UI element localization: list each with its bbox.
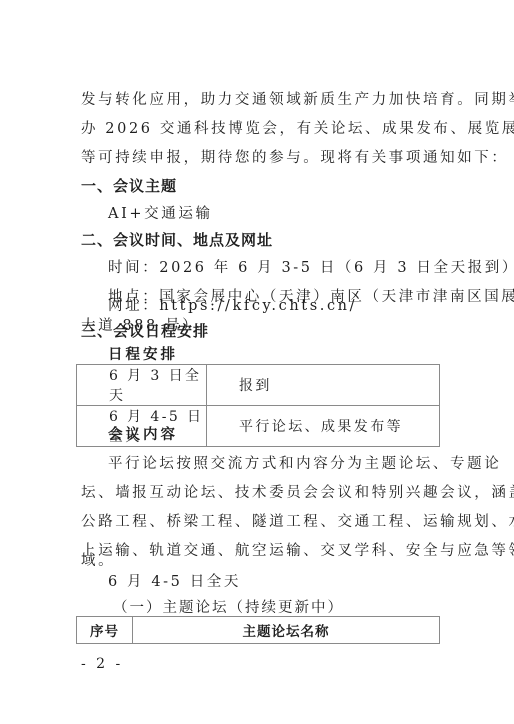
column-header-forum-name: 主题论坛名称 bbox=[133, 617, 440, 644]
conference-time: 时间：2026 年 6 月 3-5 日（6 月 3 日全天报到） bbox=[108, 259, 514, 277]
table-row: 6 月 3 日全天 报到 bbox=[77, 365, 440, 406]
page-number: - 2 - bbox=[81, 656, 123, 672]
forum-subheading: （一）主题论坛（持续更新中） bbox=[113, 599, 344, 617]
content-line: 公路工程、桥梁工程、隧道工程、交通工程、运输规划、水 bbox=[81, 513, 514, 531]
content-line: 平行论坛按照交流方式和内容分为主题论坛、专题论 bbox=[108, 455, 501, 473]
table-header-row: 序号 主题论坛名称 bbox=[77, 617, 440, 644]
column-header-index: 序号 bbox=[77, 617, 133, 644]
schedule-date: 6 月 3 日全天 bbox=[77, 365, 207, 406]
schedule-title: 日程安排 bbox=[108, 346, 178, 364]
forum-table: 序号 主题论坛名称 bbox=[76, 616, 440, 644]
intro-line: 等可持续申报，期待您的参与。现将有关事项通知如下： bbox=[81, 149, 509, 167]
conference-theme: AI+交通运输 bbox=[108, 205, 213, 223]
content-line: 上运输、轨道交通、航空运输、交叉学科、安全与应急等领 bbox=[81, 542, 514, 560]
intro-line: 办 2026 交通科技博览会，有关论坛、成果发布、展览展示 bbox=[81, 120, 514, 138]
intro-line: 发与转化应用，助力交通领域新质生产力加快培育。同期举 bbox=[81, 91, 514, 109]
schedule-activity: 平行论坛、成果发布等 bbox=[207, 406, 440, 447]
section1-heading: 一、会议主题 bbox=[81, 177, 177, 195]
section3-heading: 三、会议日程安排 bbox=[81, 322, 209, 340]
forum-date: 6 月 4-5 日全天 bbox=[108, 573, 241, 591]
conference-website[interactable]: 网址：https://kfcy.chts.cn/ bbox=[108, 297, 357, 315]
schedule-activity: 报到 bbox=[207, 365, 440, 406]
content-line: 坛、墙报互动论坛、技术委员会会议和特别兴趣会议，涵盖 bbox=[81, 484, 514, 502]
content-title: 会议内容 bbox=[108, 426, 178, 444]
content-line: 域。 bbox=[81, 552, 115, 570]
section2-heading: 二、会议时间、地点及网址 bbox=[81, 231, 273, 249]
